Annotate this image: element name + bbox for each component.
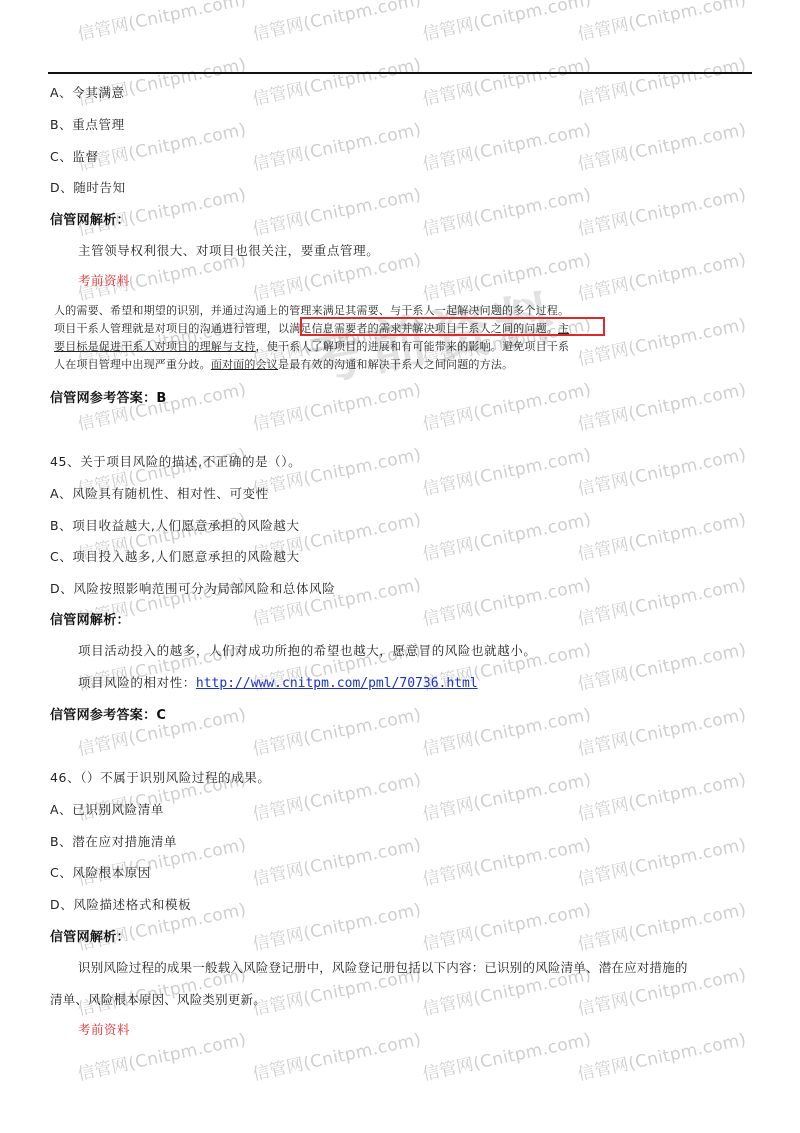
image-line-1: 人的需要、希望和期望的识别，并通过沟通上的管理来满足其需要、与干系人一起解决问题… — [54, 302, 569, 318]
q46-option-d: D、风险描述格式和模板 — [50, 895, 191, 913]
q45-question: 45、关于项目风险的描述,不正确的是（）。 — [50, 452, 301, 470]
q44-analysis-heading: 信管网解析： — [50, 209, 130, 228]
image-line-4: 人在项目管理中出现严重分歧。面对面的会议是最有效的沟通和解决干系人之间问题的方法… — [54, 356, 513, 372]
image-line-3b: ，使干系人了解项目的进展和有可能带来的影响。避免项目干系 — [256, 340, 570, 353]
q44-option-d: D、随时告知 — [50, 178, 126, 196]
header-rule — [48, 72, 752, 74]
q45-option-c: C、项目投入越多,人们愿意承担的风险越大 — [50, 547, 300, 565]
q44-option-b: B、重点管理 — [50, 115, 125, 133]
q46-option-b: B、潜在应对措施清单 — [50, 832, 177, 850]
q45-analysis-text: 项目活动投入的越多，人们对成功所抱的希望也越大，愿意冒的风险也就越小。 — [78, 641, 537, 659]
q45-answer: 信管网参考答案：C — [50, 704, 166, 723]
q46-exam-material-link[interactable]: 考前资料 — [78, 1020, 130, 1038]
q44-option-a: A、令其满意 — [50, 83, 125, 101]
q46-question: 46、（）不属于识别风险过程的成果。 — [50, 768, 270, 786]
image-line-3a: 要目标是促进干系人对项目的理解与支持 — [54, 340, 256, 353]
q44-exam-material-link[interactable]: 考前资料 — [78, 271, 130, 289]
image-line-4c: 是最有效的沟通和解决干系人之间问题的方法。 — [278, 358, 513, 371]
q45-relativity-label: 项目风险的相对性： — [78, 675, 196, 690]
q45-relativity-link[interactable]: http://www.cnitpm.com/pml/70736.html — [196, 676, 478, 691]
q46-option-a: A、已识别风险清单 — [50, 800, 164, 818]
image-line-4b: 面对面的会议 — [211, 358, 278, 371]
highlight-box — [300, 317, 605, 336]
q45-option-d: D、风险按照影响范围可分为局部风险和总体风险 — [50, 579, 335, 597]
q45-option-a: A、风险具有随机性、相对性、可变性 — [50, 484, 269, 502]
image-line-4a: 人在项目管理中出现严重分歧。 — [54, 358, 211, 371]
document-page: A、令其满意 B、重点管理 C、监督 D、随时告知 信管网解析： 主管领导权利很… — [0, 0, 800, 1133]
q45-option-b: B、项目收益越大,人们愿意承担的风险越大 — [50, 516, 300, 534]
q44-answer: 信管网参考答案：B — [50, 387, 167, 406]
image-line-3: 要目标是促进干系人对项目的理解与支持，使干系人了解项目的进展和有可能带来的影响。… — [54, 338, 569, 354]
q46-option-c: C、风险根本原因 — [50, 863, 151, 881]
q46-analysis-line-2: 清单、风险根本原因、风险类别更新。 — [50, 990, 266, 1008]
q45-analysis-heading: 信管网解析： — [50, 609, 130, 628]
q44-option-c: C、监督 — [50, 147, 99, 165]
q46-analysis-line-1: 识别风险过程的成果一般载入风险登记册中，风险登记册包括以下内容：已识别的风险清单… — [78, 958, 688, 976]
q46-analysis-heading: 信管网解析： — [50, 926, 130, 945]
q44-reference-image: 考前资料 人的需要、希望和期望的识别，并通过沟通上的管理来满足其需要、与干系人一… — [54, 300, 664, 372]
q44-analysis-text: 主管领导权利很大、对项目也很关注，要重点管理。 — [78, 241, 379, 259]
image-line-2a: 项目干系人管理就是对项目的沟通进行管理， — [54, 322, 278, 335]
q45-relativity-line: 项目风险的相对性：http://www.cnitpm.com/pml/70736… — [78, 673, 478, 691]
